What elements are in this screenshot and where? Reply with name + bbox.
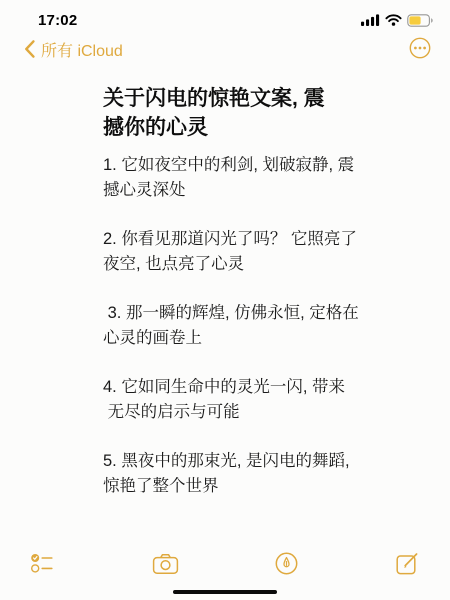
battery-icon [407, 14, 434, 27]
note-paragraph-3[interactable]: 3. 那一瞬的辉煌, 仿佛永恒, 定格在 心灵的画卷上 [103, 301, 394, 350]
cellular-signal-icon [361, 14, 380, 26]
ellipsis-circle-icon [408, 36, 432, 63]
nav-bar: 所有 iCloud [0, 34, 450, 64]
bottom-toolbar [0, 551, 450, 576]
note-title[interactable]: 关于闪电的惊艳文案, 震 撼你的心灵 [103, 84, 394, 142]
camera-icon [152, 552, 179, 575]
note-paragraph-1[interactable]: 1. 它如夜空中的利剑, 划破寂静, 震 撼心灵深处 [103, 153, 394, 202]
markup-button[interactable] [274, 551, 299, 576]
compose-button[interactable] [395, 551, 420, 576]
chevron-left-icon [24, 40, 35, 58]
home-indicator[interactable] [173, 590, 277, 595]
note-paragraph-4[interactable]: 4. 它如同生命中的灵光一闪, 带来 无尽的启示与可能 [103, 375, 394, 424]
status-bar: 17:02 [0, 0, 450, 32]
compose-icon [395, 551, 420, 576]
markup-icon [274, 551, 299, 576]
wifi-icon [385, 14, 402, 26]
note-editor[interactable]: 关于闪电的惊艳文案, 震 撼你的心灵 1. 它如夜空中的利剑, 划破寂静, 震 … [103, 84, 394, 523]
more-options-button[interactable] [408, 36, 432, 63]
status-icons [361, 14, 434, 27]
note-paragraph-5[interactable]: 5. 黑夜中的那束光, 是闪电的舞蹈, 惊艳了整个世界 [103, 449, 394, 498]
checklist-button[interactable] [30, 551, 56, 576]
back-button[interactable]: 所有 iCloud [24, 38, 123, 61]
back-button-label: 所有 iCloud [41, 38, 123, 61]
note-paragraph-2[interactable]: 2. 你看见那道闪光了吗？ 它照亮了 夜空, 也点亮了心灵 [103, 227, 394, 276]
camera-button[interactable] [152, 552, 179, 575]
notes-app-screen: 17:02 [0, 0, 450, 600]
checklist-icon [30, 551, 56, 576]
status-time: 17:02 [38, 12, 77, 29]
